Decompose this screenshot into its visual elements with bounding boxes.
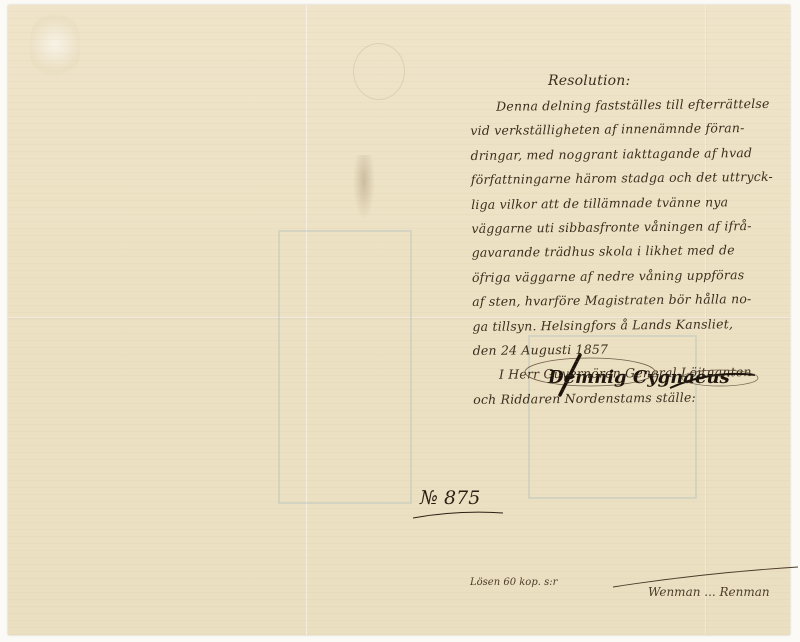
body-line: liga vilkor att de tillämnade tvänne nya bbox=[471, 189, 773, 217]
embossed-crest-icon bbox=[30, 13, 80, 83]
body-line: Denna delning fastställes till efterrätt… bbox=[470, 92, 772, 120]
show-through-frame-left bbox=[278, 230, 412, 504]
body-line: öfriga väggarne af nedre våning uppföras bbox=[472, 263, 774, 291]
faint-seal-icon bbox=[353, 43, 405, 100]
fee-note: Lösen 60 kop. s:r bbox=[470, 577, 557, 588]
body-line: väggarne uti sibbasfronte våningen af if… bbox=[471, 214, 773, 242]
number-underline bbox=[413, 510, 503, 520]
countersignature: Wenman ... Renman bbox=[648, 585, 770, 599]
resolution-heading: Resolution: bbox=[548, 73, 630, 89]
body-line: gavarande trädhus skola i likhet med de bbox=[472, 238, 774, 266]
body-line: ga tillsyn. Helsingfors å Lands Kansliet… bbox=[472, 311, 774, 339]
body-line: af sten, hvarföre Magistraten bör hålla … bbox=[472, 287, 774, 315]
document-sheet: Resolution: Denna delning fastställes ti… bbox=[8, 5, 790, 635]
body-line: dringar, med noggrant iakttagande af hva… bbox=[471, 141, 773, 169]
body-line: vid verkställigheten af innenämnde föran… bbox=[470, 116, 772, 144]
body-line: författningarne härom stadga och det utt… bbox=[471, 165, 773, 193]
reference-number: № 875 bbox=[420, 487, 480, 509]
ink-stain bbox=[353, 155, 375, 220]
signature: Demnig Cygnaeus bbox=[548, 367, 730, 388]
